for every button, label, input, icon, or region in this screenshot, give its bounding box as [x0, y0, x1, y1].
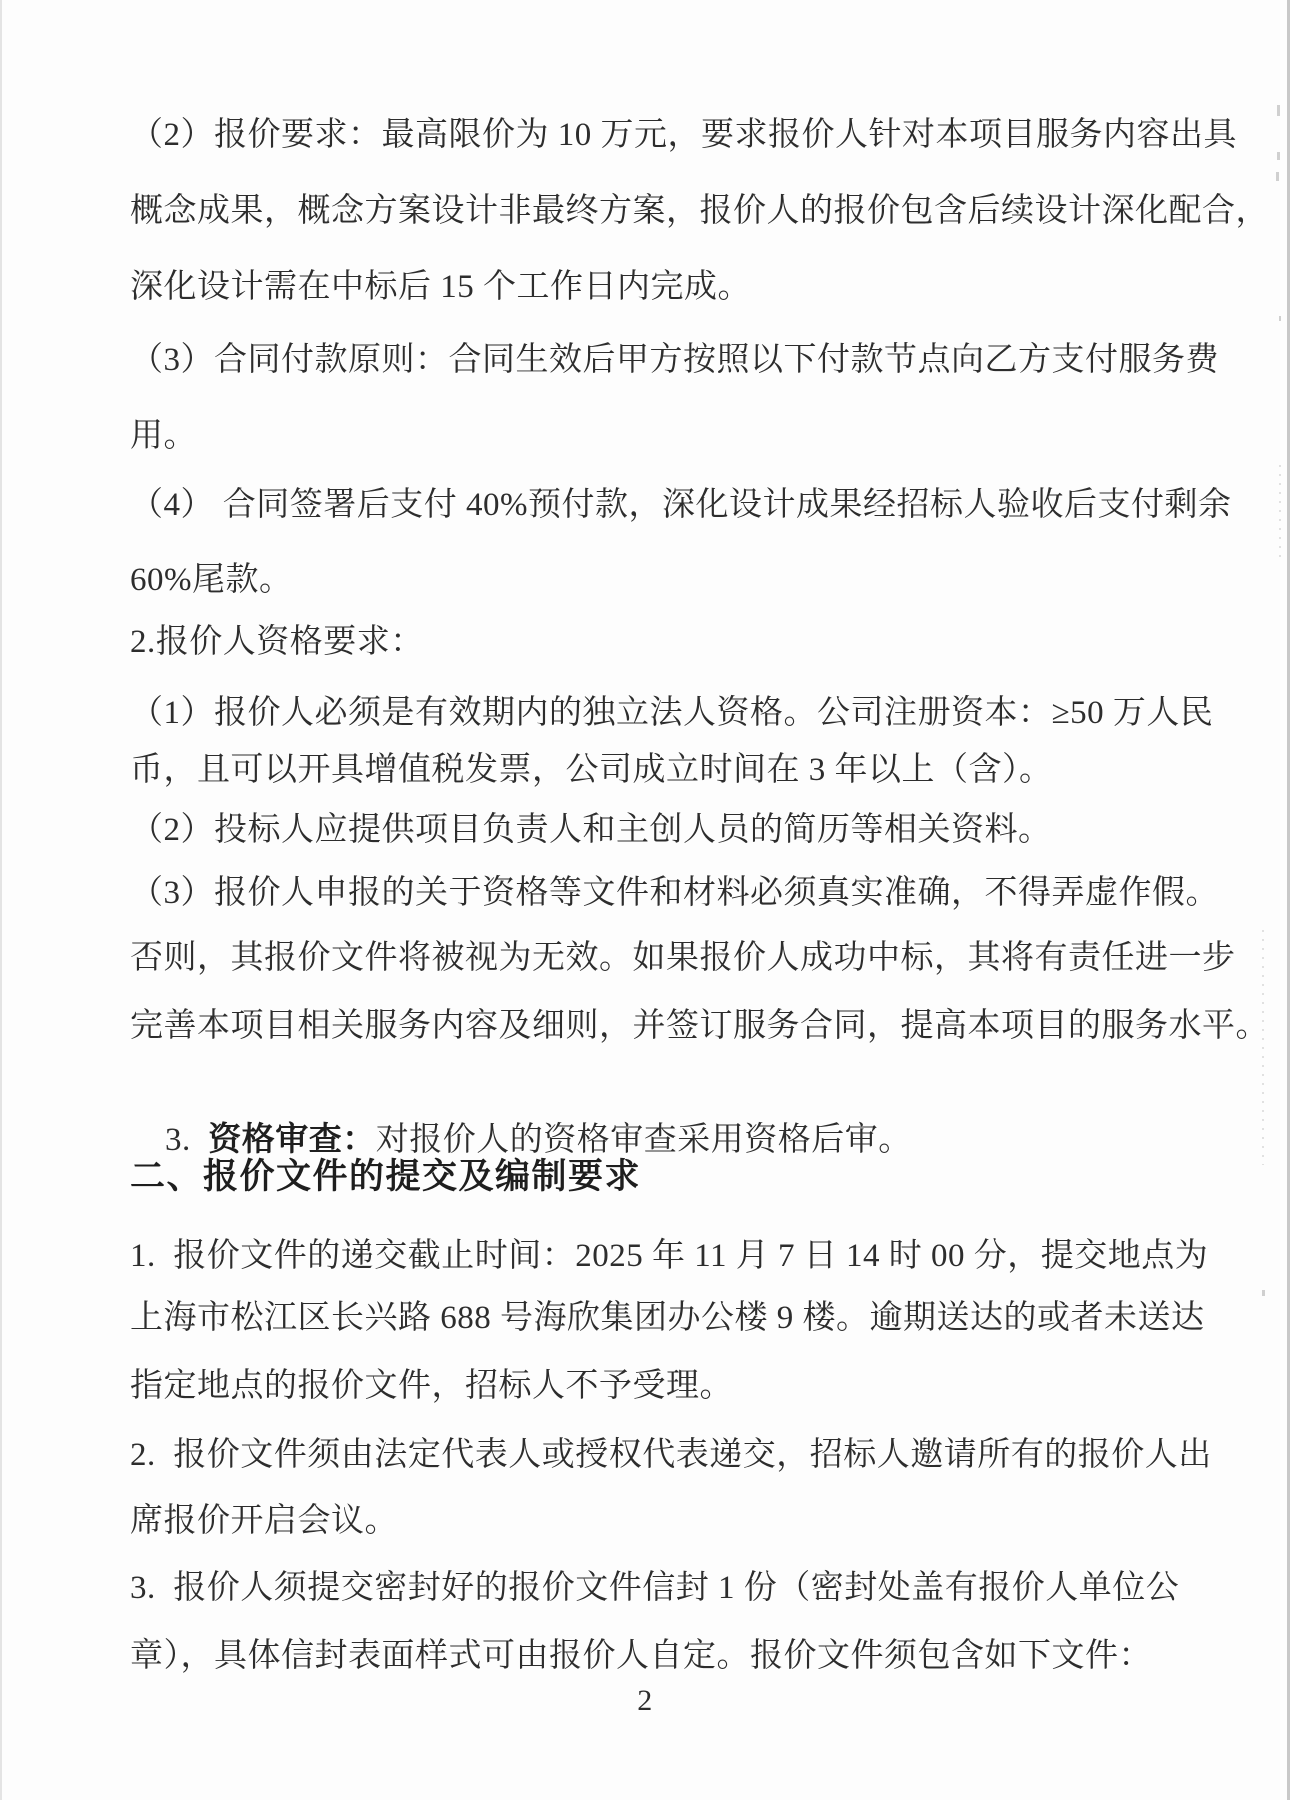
scan-artifact	[1262, 1290, 1265, 1296]
text-line-qual-3c: 完善本项目相关服务内容及细则，并签订服务合同，提高本项目的服务水平。	[130, 1006, 1269, 1046]
text-line-qual-2: （2）投标人应提供项目负责人和主创人员的简历等相关资料。	[130, 810, 1052, 850]
text-line-payment-split-1: （4） 合同签署后支付 40%预付款，深化设计成果经招标人验收后支付剩余	[130, 485, 1232, 525]
page-number: 2	[637, 1684, 652, 1718]
text-line-pricing-req-2: 概念成果，概念方案设计非最终方案，报价人的报价包含后续设计深化配合，	[130, 191, 1269, 231]
scan-artifact	[1277, 105, 1280, 116]
scan-artifact	[1279, 316, 1281, 321]
text-line-payment-principle-1: （3）合同付款原则：合同生效后甲方按照以下付款节点向乙方支付服务费	[130, 340, 1219, 380]
scan-edge-left	[0, 0, 2, 1800]
text-line-submit-2: 席报价开启会议。	[130, 1501, 398, 1541]
text-line-payment-principle-2: 用。	[130, 416, 197, 456]
scan-artifact	[1279, 465, 1281, 560]
text-line-qualification-heading: 2.报价人资格要求：	[130, 622, 424, 662]
text-line-envelope-2: 章），具体信封表面样式可由报价人自定。报价文件须包含如下文件：	[130, 1636, 1152, 1676]
text-line-pricing-req-3: 深化设计需在中标后 15 个工作日内完成。	[130, 267, 751, 307]
text-line-payment-split-2: 60%尾款。	[130, 560, 293, 600]
text-line-pricing-req-1: （2）报价要求：最高限价为 10 万元，要求报价人针对本项目服务内容出具	[130, 115, 1237, 155]
text-line-submit-1: 2. 报价文件须由法定代表人或授权代表递交，招标人邀请所有的报价人出	[130, 1435, 1212, 1475]
text-line-qual-3a: （3）报价人申报的关于资格等文件和材料必须真实准确，不得弄虚作假。	[130, 873, 1219, 913]
text-line-late-rule: 指定地点的报价文件，招标人不予受理。	[130, 1366, 733, 1406]
scan-artifact	[1262, 930, 1264, 1165]
text-line-qual-1b: 币，且可以开具增值税发票，公司成立时间在 3 年以上（含）。	[130, 750, 1053, 790]
text-line-qual-1a: （1）报价人必须是有效期内的独立法人资格。公司注册资本：≥50 万人民	[130, 693, 1213, 733]
qual-review-body: 对报价人的资格审查采用资格后审。	[376, 1122, 912, 1158]
text-line-envelope-1: 3. 报价人须提交密封好的报价文件信封 1 份（密封处盖有报价人单位公	[130, 1568, 1179, 1608]
text-line-qual-3b: 否则，其报价文件将被视为无效。如果报价人成功中标，其将有责任进一步	[130, 938, 1236, 978]
qual-review-emphasis: 资格审查：	[208, 1122, 376, 1158]
qual-review-prefix: 3.	[165, 1122, 208, 1158]
text-line-deadline: 1. 报价文件的递交截止时间：2025 年 11 月 7 日 14 时 00 分…	[130, 1236, 1208, 1276]
text-line-address: 上海市松江区长兴路 688 号海欣集团办公楼 9 楼。逾期送达的或者未送达	[130, 1298, 1205, 1338]
document-page: （2）报价要求：最高限价为 10 万元，要求报价人针对本项目服务内容出具 概念成…	[0, 0, 1290, 1800]
scan-artifact	[1276, 172, 1279, 181]
scan-artifact	[1277, 152, 1280, 160]
section-heading-submission: 二、报价文件的提交及编制要求	[130, 1156, 641, 1198]
